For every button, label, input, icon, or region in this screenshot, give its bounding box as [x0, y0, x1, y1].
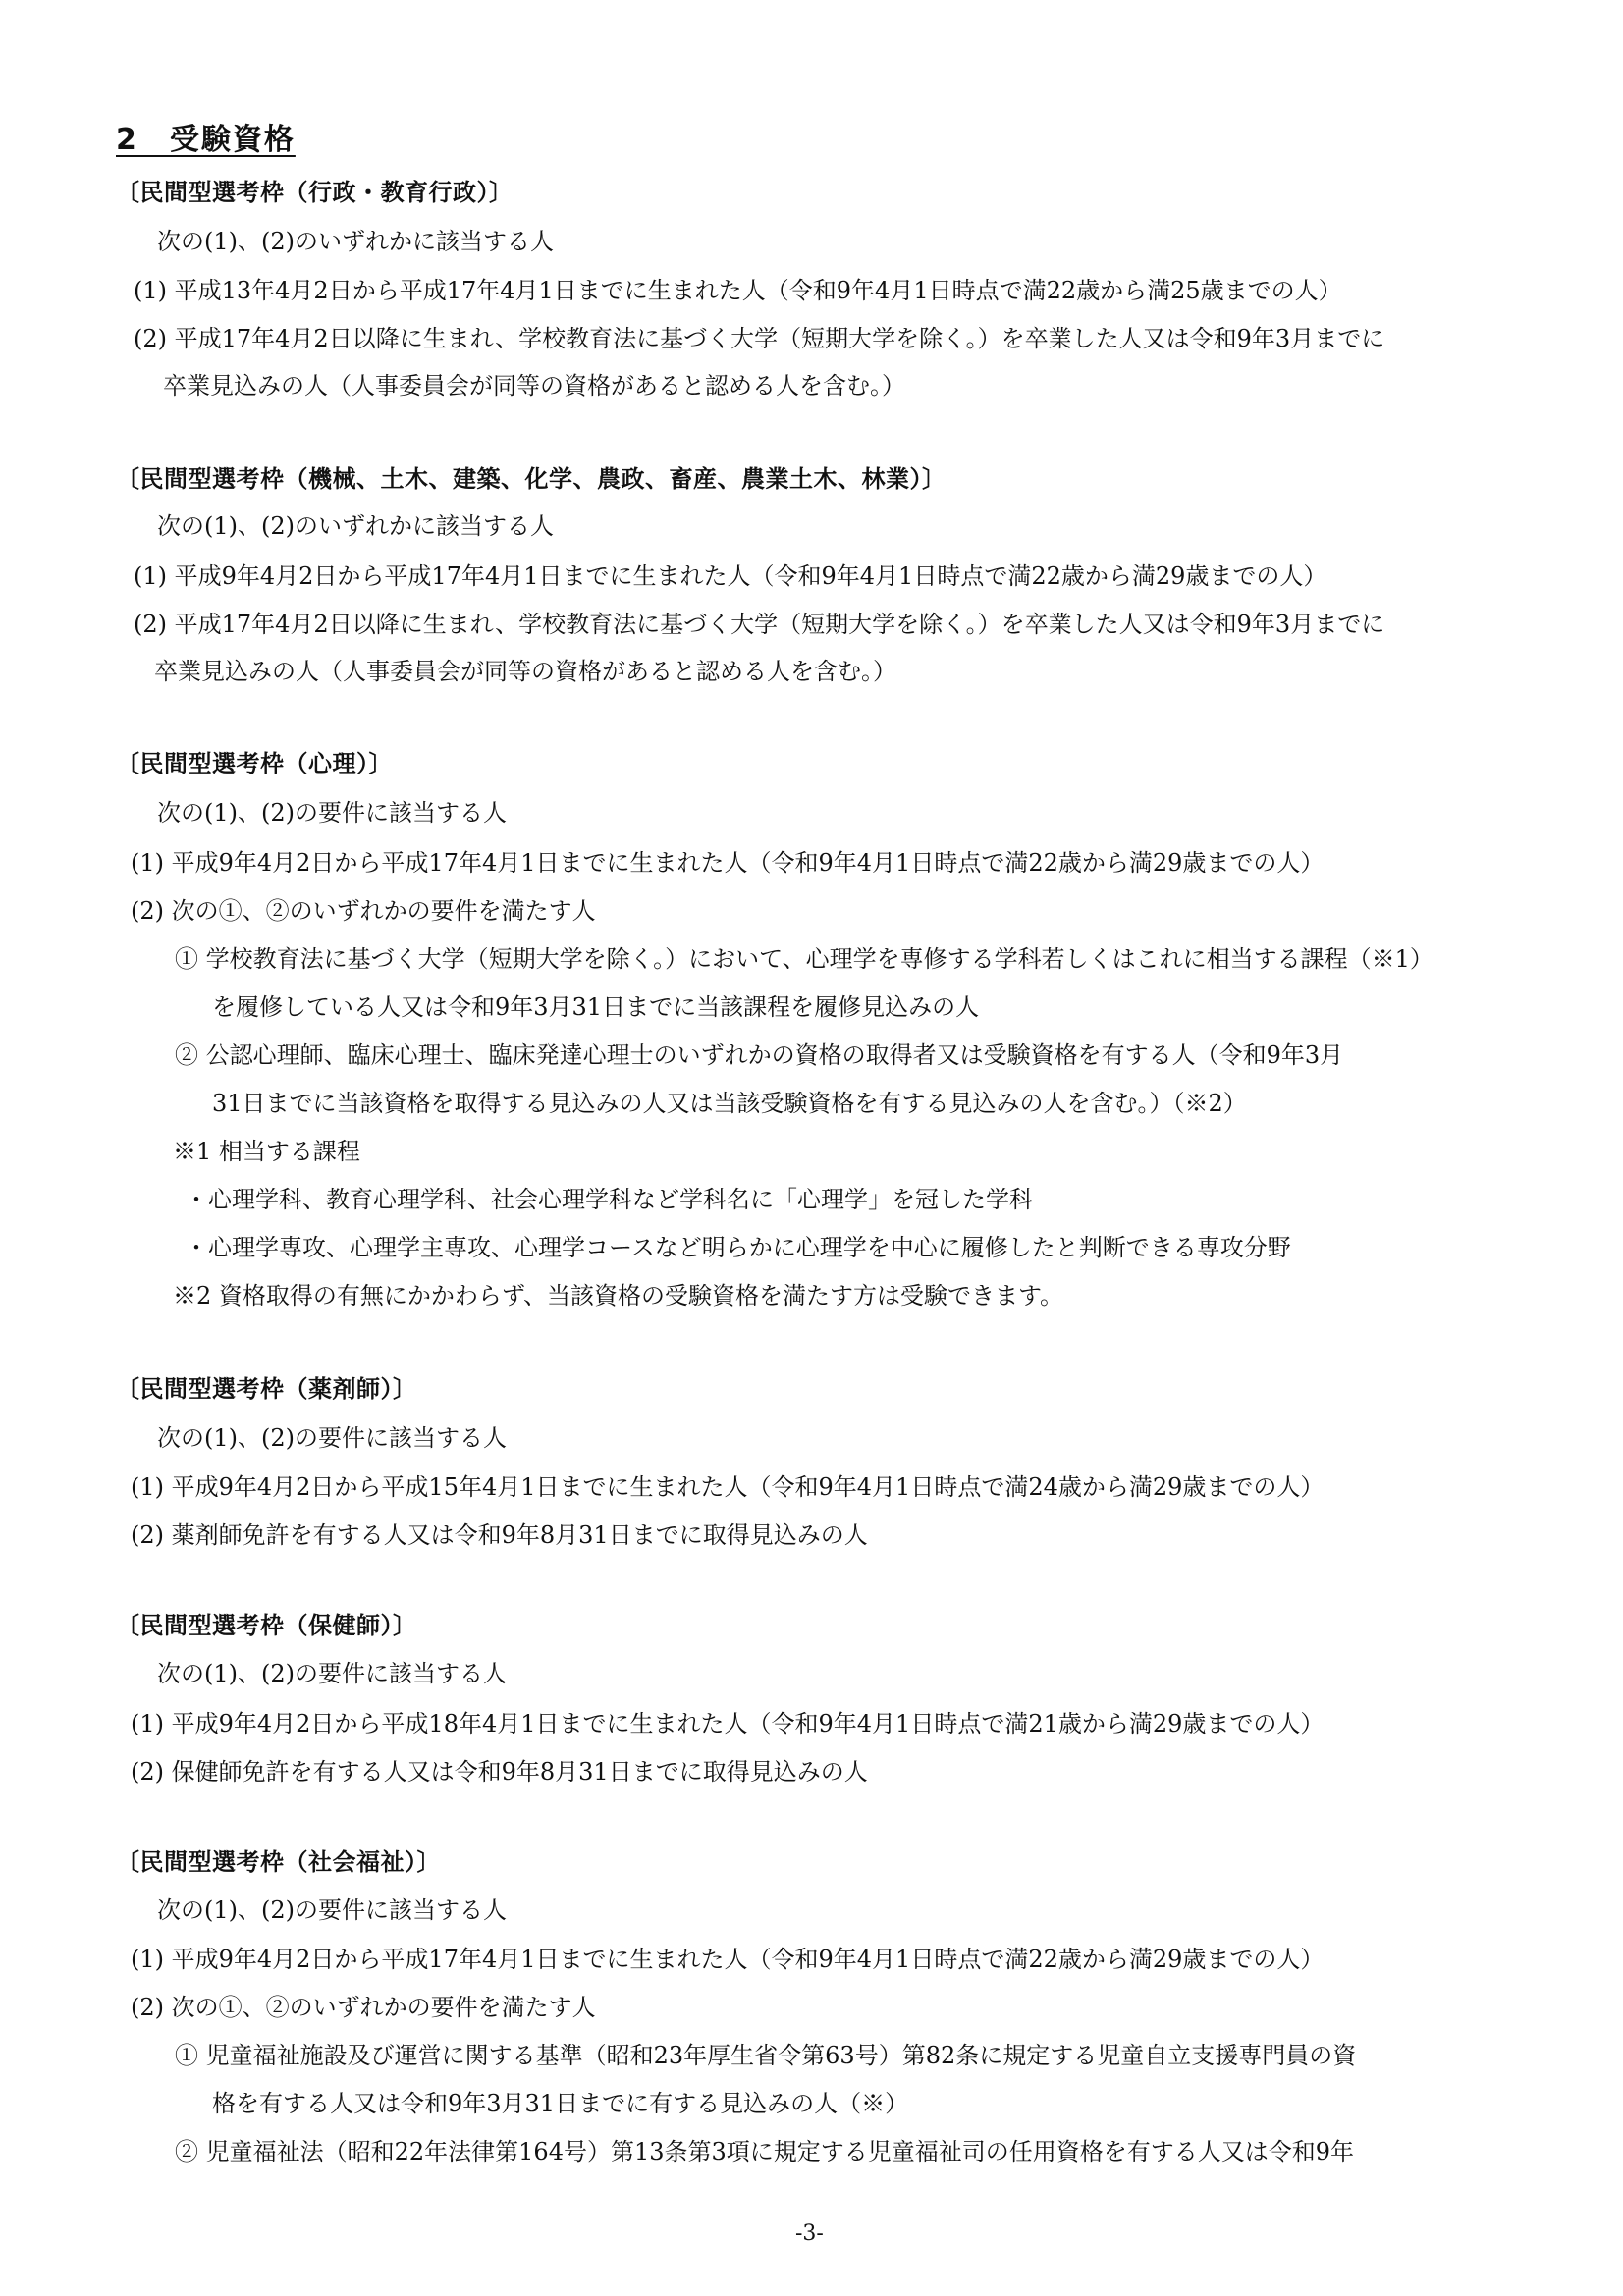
requirement-line: (2) 次の①、②のいずれかの要件を満たす人: [131, 1993, 596, 2022]
sub-requirement-line-continued: を履修している人又は令和9年3月31日までに当該課程を履修見込みの人: [212, 992, 979, 1022]
requirement-line: (2) 平成17年4月2日以降に生まれ、学校教育法に基づく大学（短期大学を除く。…: [134, 610, 1384, 639]
requirement-line: (2) 次の①、②のいずれかの要件を満たす人: [131, 896, 596, 926]
sub-requirement-line: ① 学校教育法に基づく大学（短期大学を除く。）において、心理学を専修する学科若し…: [175, 944, 1434, 974]
intro-text: 次の(1)、(2)の要件に該当する人: [157, 1659, 507, 1688]
sub-requirement-line-continued: 格を有する人又は令和9年3月31日までに有する見込みの人（※）: [212, 2089, 908, 2118]
requirement-line: (1) 平成13年4月2日から平成17年4月1日までに生まれた人（令和9年4月1…: [134, 276, 1342, 305]
document-page: 2 受験資格 〔民間型選考枠（行政・教育行政）〕 次の(1)、(2)のいずれかに…: [0, 0, 1623, 2296]
note-heading: ※1 相当する課程: [173, 1137, 360, 1166]
requirement-line: (1) 平成9年4月2日から平成17年4月1日までに生まれた人（令和9年4月1日…: [131, 1945, 1324, 1974]
category-heading: 〔民間型選考枠（心理）〕: [116, 749, 393, 778]
requirement-line: (1) 平成9年4月2日から平成15年4月1日までに生まれた人（令和9年4月1日…: [131, 1472, 1324, 1502]
requirement-line-continued: 卒業見込みの人（人事委員会が同等の資格があると認める人を含む。）: [154, 657, 896, 686]
intro-text: 次の(1)、(2)の要件に該当する人: [157, 1423, 507, 1453]
category-heading: 〔民間型選考枠（機械、土木、建築、化学、農政、畜産、農業土木、林業）〕: [116, 464, 947, 494]
requirement-line: (1) 平成9年4月2日から平成17年4月1日までに生まれた人（令和9年4月1日…: [131, 848, 1324, 878]
sub-requirement-line-continued: 31日までに当該資格を取得する見込みの人又は当該受験資格を有する見込みの人を含む…: [212, 1089, 1247, 1118]
requirement-line: (2) 保健師免許を有する人又は令和9年8月31日までに取得見込みの人: [131, 1757, 868, 1787]
intro-text: 次の(1)、(2)のいずれかに該当する人: [157, 511, 554, 541]
page-number: -3-: [795, 2219, 824, 2249]
sub-requirement-line: ① 児童福祉施設及び運営に関する基準（昭和23年厚生省令第63号）第82条に規定…: [175, 2041, 1356, 2070]
requirement-line-continued: 卒業見込みの人（人事委員会が同等の資格があると認める人を含む。）: [163, 371, 905, 400]
category-heading: 〔民間型選考枠（保健師）〕: [116, 1611, 417, 1640]
category-heading: 〔民間型選考枠（薬剤師）〕: [116, 1374, 417, 1404]
note-line: ※2 資格取得の有無にかかわらず、当該資格の受験資格を満たす方は受験できます。: [173, 1281, 1063, 1310]
section-title: 2 受験資格: [116, 126, 296, 155]
requirement-line: (2) 平成17年4月2日以降に生まれ、学校教育法に基づく大学（短期大学を除く。…: [134, 324, 1384, 353]
intro-text: 次の(1)、(2)の要件に該当する人: [157, 798, 507, 828]
intro-text: 次の(1)、(2)の要件に該当する人: [157, 1896, 507, 1925]
requirement-line: (1) 平成9年4月2日から平成17年4月1日までに生まれた人（令和9年4月1日…: [134, 561, 1326, 591]
note-bullet: ・心理学専攻、心理学主専攻、心理学コースなど明らかに心理学を中心に履修したと判断…: [185, 1233, 1291, 1262]
category-heading: 〔民間型選考枠（行政・教育行政）〕: [116, 178, 514, 207]
requirement-line: (1) 平成9年4月2日から平成18年4月1日までに生まれた人（令和9年4月1日…: [131, 1709, 1324, 1738]
requirement-line: (2) 薬剤師免許を有する人又は令和9年8月31日までに取得見込みの人: [131, 1521, 868, 1550]
note-bullet: ・心理学科、教育心理学科、社会心理学科など学科名に「心理学」を冠した学科: [185, 1185, 1033, 1214]
sub-requirement-line: ② 児童福祉法（昭和22年法律第164号）第13条第3項に規定する児童福祉司の任…: [175, 2137, 1354, 2166]
category-heading: 〔民間型選考枠（社会福祉）〕: [116, 1847, 441, 1877]
sub-requirement-line: ② 公認心理師、臨床心理士、臨床発達心理士のいずれかの資格の取得者又は受験資格を…: [175, 1041, 1343, 1070]
intro-text: 次の(1)、(2)のいずれかに該当する人: [157, 227, 554, 256]
